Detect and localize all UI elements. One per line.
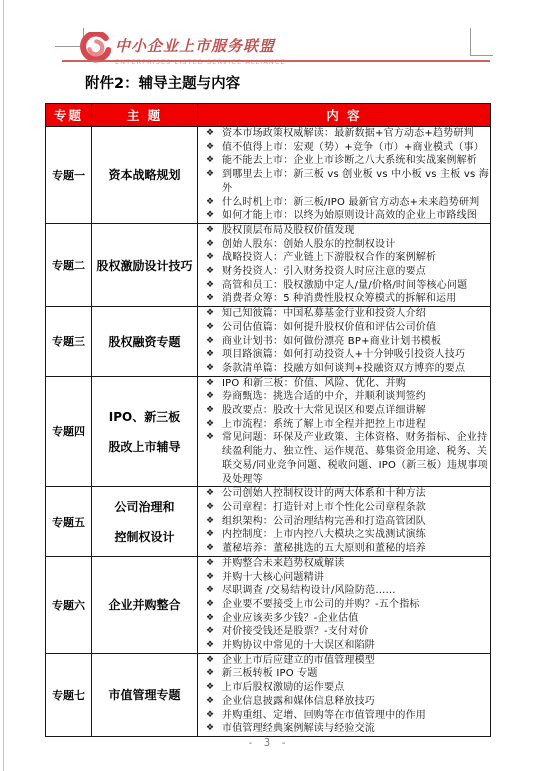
- content-item-text: 尽职调查 /交易结构设计/风险防范……: [222, 584, 490, 598]
- content-item-text: 券商甄选：挑选合适的中介，并顺利谈判签约: [222, 390, 490, 404]
- content-item: ❖新三板转板 IPO 专题: [198, 667, 490, 681]
- content-item: ❖IPO 和新三板：价值、风险、优化、并购: [198, 377, 490, 391]
- content-item-text: 什么时机上市：新三板/IPO 最新官方动态+未来趋势研判: [222, 196, 490, 210]
- content-item-text: 如何才能上市：以终为始原则设计高效的企业上市路线图: [222, 209, 490, 223]
- crop-mark-top-right: [470, 28, 493, 56]
- table-row: 专题七 市值管理专题 ❖企业上市后应建立的市值管理模型❖新三板转板 IPO 专题…: [46, 653, 491, 736]
- theme-cell: 企业并购整合: [92, 556, 198, 653]
- content-item: ❖组织架构：公司治理结构完善和打造高管团队: [198, 515, 490, 529]
- diamond-bullet-icon: ❖: [198, 695, 222, 709]
- diamond-bullet-icon: ❖: [198, 348, 222, 362]
- content-item-text: 股权顶层布局及股权价值发现: [222, 224, 490, 238]
- diamond-bullet-icon: ❖: [198, 292, 222, 306]
- content-item: ❖上市后股权激励的运作要点: [198, 681, 490, 695]
- topic-cell: 专题一: [46, 127, 92, 224]
- content-item-text: 创始人股东：创始人股东的控制权设计: [222, 238, 490, 252]
- diamond-bullet-icon: ❖: [198, 431, 222, 445]
- diamond-bullet-icon: ❖: [198, 639, 222, 653]
- content-item: ❖券商甄选：挑选合适的中介，并顺利谈判签约: [198, 390, 490, 404]
- diamond-bullet-icon: ❖: [198, 224, 222, 238]
- content-item-text: 新三板转板 IPO 专题: [222, 667, 490, 681]
- content-item: ❖知己知彼篇：中国私募基金行业和投资人介绍: [198, 307, 490, 321]
- content-item: ❖企业上市后应建立的市值管理模型: [198, 654, 490, 668]
- topic-cell: 专题三: [46, 307, 92, 377]
- diamond-bullet-icon: ❖: [198, 127, 222, 141]
- content-item-text: 股改要点：股改十大常见误区和要点详细讲解: [222, 404, 490, 418]
- content-item-text: 公司估值篇：如何提升股权价值和评估公司价值: [222, 321, 490, 335]
- diamond-bullet-icon: ❖: [198, 209, 222, 223]
- diamond-bullet-icon: ❖: [198, 722, 222, 736]
- content-item: ❖尽职调查 /交易结构设计/风险防范……: [198, 584, 490, 598]
- diamond-bullet-icon: ❖: [198, 362, 222, 376]
- content-item-text: 并购重组、定增、回购等在市值管理中的作用: [222, 709, 490, 723]
- content-cell: ❖资本市场政策权威解读：最新数据+官方动态+趋势研判❖值不值得上市：宏观（势）+…: [198, 127, 491, 224]
- content-item-text: 项目路演篇：如何打动投资人+十分钟吸引投资人技巧: [222, 348, 490, 362]
- topic-cell: 专题六: [46, 556, 92, 653]
- topic-cell: 专题四: [46, 376, 92, 487]
- theme-text: 公司治理和: [92, 498, 197, 515]
- content-item: ❖并购整合未来趋势权威解读: [198, 557, 490, 571]
- diamond-bullet-icon: ❖: [198, 681, 222, 695]
- topic-cell: 专题五: [46, 487, 92, 557]
- content-item: ❖项目路演篇：如何打动投资人+十分钟吸引投资人技巧: [198, 348, 490, 362]
- content-item: ❖条款清单篇：投融方如何谈判+投融资双方博弈的要点: [198, 362, 490, 376]
- content-item: ❖并购协议中常见的十大误区和陷阱: [198, 639, 490, 653]
- content-item: ❖内控制度：上市内控八大模块之实战测试演练: [198, 528, 490, 542]
- diamond-bullet-icon: ❖: [198, 528, 222, 542]
- diamond-bullet-icon: ❖: [198, 196, 222, 210]
- topics-table: 专题 主 题 内 容 专题一 资本战略规划 ❖资本市场政策权威解读：最新数据+官…: [45, 103, 491, 737]
- diamond-bullet-icon: ❖: [198, 557, 222, 571]
- diamond-bullet-icon: ❖: [198, 335, 222, 349]
- content-item: ❖公司创始人控制权设计的两大体系和十种方法: [198, 487, 490, 501]
- content-item: ❖并购十大核心问题精讲: [198, 571, 490, 585]
- content-item-text: 财务投资人：引入财务投资人时应注意的要点: [222, 265, 490, 279]
- diamond-bullet-icon: ❖: [198, 377, 222, 391]
- diamond-bullet-icon: ❖: [198, 709, 222, 723]
- content-item: ❖到哪里去上市：新三板 vs 创业板 vs 中小板 vs 主板 vs 海外: [198, 168, 490, 195]
- col-header-theme: 主 题: [92, 104, 198, 127]
- theme-text: IPO、新三板: [92, 408, 197, 425]
- diamond-bullet-icon: ❖: [198, 654, 222, 668]
- diamond-bullet-icon: ❖: [198, 584, 222, 598]
- content-item: ❖创始人股东：创始人股东的控制权设计: [198, 238, 490, 252]
- diamond-bullet-icon: ❖: [198, 667, 222, 681]
- content-item-text: 值不值得上市：宏观（势）+竞争（市）+商业模式（事）: [222, 141, 490, 155]
- page-edge-line: [3, 0, 4, 771]
- theme-cell: 资本战略规划: [92, 127, 198, 224]
- content-item-text: 商业计划书：如何做份漂亮 BP+商业计划书模板: [222, 335, 490, 349]
- theme-cell: 股权融资专题: [92, 307, 198, 377]
- content-item-text: 企业信息披露和媒体信息释放技巧: [222, 695, 490, 709]
- content-item-text: 内控制度：上市内控八大模块之实战测试演练: [222, 528, 490, 542]
- theme-text: 控制权设计: [92, 528, 197, 545]
- content-item: ❖能不能去上市：企业上市诊断之八大系统和实战案例解析: [198, 154, 490, 168]
- content-item-text: 公司创始人控制权设计的两大体系和十种方法: [222, 487, 490, 501]
- content-item-text: 企业要不要接受上市公司的并购？-五个指标: [222, 598, 490, 612]
- table-row: 专题一 资本战略规划 ❖资本市场政策权威解读：最新数据+官方动态+趋势研判❖值不…: [46, 127, 491, 224]
- content-item-text: 公司章程：打造针对上市个性化公司章程条款: [222, 501, 490, 515]
- content-item-text: 董秘培养：董秘挑选的五大原则和董秘的培养: [222, 542, 490, 556]
- theme-text: 资本战略规划: [92, 166, 197, 183]
- content-item-text: 并购协议中常见的十大误区和陷阱: [222, 639, 490, 653]
- content-item-text: 企业上市后应建立的市值管理模型: [222, 654, 490, 668]
- diamond-bullet-icon: ❖: [198, 390, 222, 404]
- diamond-bullet-icon: ❖: [198, 154, 222, 168]
- content-item-text: 并购十大核心问题精讲: [222, 571, 490, 585]
- content-item-text: 高管和员工：股权激励中定人/量/价格/时间等核心问题: [222, 279, 490, 293]
- content-item: ❖常见问题：环保及产业政策、主体资格、财务指标、企业持续盈利能力、独立性、运作规…: [198, 431, 490, 486]
- diamond-bullet-icon: ❖: [198, 168, 222, 182]
- content-cell: ❖公司创始人控制权设计的两大体系和十种方法❖公司章程：打造针对上市个性化公司章程…: [198, 487, 491, 557]
- swirl-logo-icon: [80, 32, 111, 63]
- diamond-bullet-icon: ❖: [198, 404, 222, 418]
- page-title: 附件2：辅导主题与内容: [85, 72, 240, 93]
- content-item-text: 上市流程：系统了解上市全程并把控上市进程: [222, 418, 490, 432]
- content-item: ❖上市流程：系统了解上市全程并把控上市进程: [198, 418, 490, 432]
- diamond-bullet-icon: ❖: [198, 625, 222, 639]
- content-item-text: 市值管理经典案例解读与经验交流: [222, 722, 490, 736]
- content-item-text: 战略投资人：产业链上下游股权合作的案例解析: [222, 251, 490, 265]
- content-item: ❖企业信息披露和媒体信息释放技巧: [198, 695, 490, 709]
- content-item: ❖股权顶层布局及股权价值发现: [198, 224, 490, 238]
- table-row: 专题六 企业并购整合 ❖并购整合未来趋势权威解读❖并购十大核心问题精讲❖尽职调查…: [46, 556, 491, 653]
- diamond-bullet-icon: ❖: [198, 571, 222, 585]
- theme-text: 企业并购整合: [92, 596, 197, 613]
- content-item: ❖公司章程：打造针对上市个性化公司章程条款: [198, 501, 490, 515]
- diamond-bullet-icon: ❖: [198, 515, 222, 529]
- content-item-text: 能不能去上市：企业上市诊断之八大系统和实战案例解析: [222, 154, 490, 168]
- diamond-bullet-icon: ❖: [198, 612, 222, 626]
- content-item: ❖商业计划书：如何做份漂亮 BP+商业计划书模板: [198, 335, 490, 349]
- content-item: ❖如何才能上市：以终为始原则设计高效的企业上市路线图: [198, 209, 490, 223]
- theme-cell: 市值管理专题: [92, 653, 198, 736]
- diamond-bullet-icon: ❖: [198, 238, 222, 252]
- content-item: ❖战略投资人：产业链上下游股权合作的案例解析: [198, 251, 490, 265]
- table-row: 专题二 股权激励设计技巧 ❖股权顶层布局及股权价值发现❖创始人股东：创始人股东的…: [46, 223, 491, 306]
- content-item: ❖什么时机上市：新三板/IPO 最新官方动态+未来趋势研判: [198, 196, 490, 210]
- diamond-bullet-icon: ❖: [198, 487, 222, 501]
- table-row: 专题五 公司治理和控制权设计 ❖公司创始人控制权设计的两大体系和十种方法❖公司章…: [46, 487, 491, 557]
- content-item-text: 消费者众筹：5 种消费性股权众筹模式的拆解和运用: [222, 292, 490, 306]
- diamond-bullet-icon: ❖: [198, 141, 222, 155]
- content-item-text: 对价接受钱还是股票？-支付对价: [222, 625, 490, 639]
- table-row: 专题四 IPO、新三板股改上市辅导 ❖IPO 和新三板：价值、风险、优化、并购❖…: [46, 376, 491, 487]
- content-item-text: 并购整合未来趋势权威解读: [222, 557, 490, 571]
- theme-text: 股权融资专题: [92, 333, 197, 350]
- content-item: ❖值不值得上市：宏观（势）+竞争（市）+商业模式（事）: [198, 141, 490, 155]
- content-item: ❖并购重组、定增、回购等在市值管理中的作用: [198, 709, 490, 723]
- content-item: ❖消费者众筹：5 种消费性股权众筹模式的拆解和运用: [198, 292, 490, 306]
- table-header-row: 专题 主 题 内 容: [46, 104, 491, 127]
- theme-text: 股改上市辅导: [92, 438, 197, 455]
- table-row: 专题三 股权融资专题 ❖知己知彼篇：中国私募基金行业和投资人介绍❖公司估值篇：如…: [46, 307, 491, 377]
- col-header-content: 内 容: [198, 104, 491, 127]
- theme-text: 市值管理专题: [92, 686, 197, 703]
- content-item: ❖企业要不要接受上市公司的并购？-五个指标: [198, 598, 490, 612]
- diamond-bullet-icon: ❖: [198, 279, 222, 293]
- content-item: ❖资本市场政策权威解读：最新数据+官方动态+趋势研判: [198, 127, 490, 141]
- diamond-bullet-icon: ❖: [198, 307, 222, 321]
- content-cell: ❖并购整合未来趋势权威解读❖并购十大核心问题精讲❖尽职调查 /交易结构设计/风险…: [198, 556, 491, 653]
- diamond-bullet-icon: ❖: [198, 598, 222, 612]
- logo-name: 中小企业上市服务联盟: [115, 35, 286, 56]
- content-cell: ❖企业上市后应建立的市值管理模型❖新三板转板 IPO 专题❖上市后股权激励的运作…: [198, 653, 491, 736]
- diamond-bullet-icon: ❖: [198, 542, 222, 556]
- diamond-bullet-icon: ❖: [198, 265, 222, 279]
- content-item: ❖董秘培养：董秘挑选的五大原则和董秘的培养: [198, 542, 490, 556]
- theme-cell: 股权激励设计技巧: [92, 223, 198, 306]
- content-item-text: 条款清单篇：投融方如何谈判+投融资双方博弈的要点: [222, 362, 490, 376]
- content-item-text: 到哪里去上市：新三板 vs 创业板 vs 中小板 vs 主板 vs 海外: [222, 168, 490, 195]
- content-item-text: 知己知彼篇：中国私募基金行业和投资人介绍: [222, 307, 490, 321]
- content-item: ❖企业应该卖多少钱？-企业估值: [198, 612, 490, 626]
- diamond-bullet-icon: ❖: [198, 321, 222, 335]
- diamond-bullet-icon: ❖: [198, 418, 222, 432]
- content-item-text: 资本市场政策权威解读：最新数据+官方动态+趋势研判: [222, 127, 490, 141]
- theme-cell: IPO、新三板股改上市辅导: [92, 376, 198, 487]
- content-item: ❖对价接受钱还是股票？-支付对价: [198, 625, 490, 639]
- content-item: ❖财务投资人：引入财务投资人时应注意的要点: [198, 265, 490, 279]
- page-number: - 3 -: [45, 737, 491, 749]
- content-item-text: 企业应该卖多少钱？-企业估值: [222, 612, 490, 626]
- content-item-text: 常见问题：环保及产业政策、主体资格、财务指标、企业持续盈利能力、独立性、运作规范…: [222, 431, 490, 486]
- header-divider-rule: [62, 60, 490, 62]
- topic-cell: 专题二: [46, 223, 92, 306]
- content-cell: ❖IPO 和新三板：价值、风险、优化、并购❖券商甄选：挑选合适的中介，并顺利谈判…: [198, 376, 491, 487]
- content-cell: ❖股权顶层布局及股权价值发现❖创始人股东：创始人股东的控制权设计❖战略投资人：产…: [198, 223, 491, 306]
- content-item: ❖公司估值篇：如何提升股权价值和评估公司价值: [198, 321, 490, 335]
- diamond-bullet-icon: ❖: [198, 251, 222, 265]
- content-item: ❖高管和员工：股权激励中定人/量/价格/时间等核心问题: [198, 279, 490, 293]
- content-item: ❖市值管理经典案例解读与经验交流: [198, 722, 490, 736]
- content-item: ❖股改要点：股改十大常见误区和要点详细讲解: [198, 404, 490, 418]
- theme-text: 股权激励设计技巧: [92, 257, 197, 274]
- content-cell: ❖知己知彼篇：中国私募基金行业和投资人介绍❖公司估值篇：如何提升股权价值和评估公…: [198, 307, 491, 377]
- content-item-text: IPO 和新三板：价值、风险、优化、并购: [222, 377, 490, 391]
- content-item-text: 组织架构：公司治理结构完善和打造高管团队: [222, 515, 490, 529]
- col-header-topic: 专题: [46, 104, 92, 127]
- content-item-text: 上市后股权激励的运作要点: [222, 681, 490, 695]
- theme-cell: 公司治理和控制权设计: [92, 487, 198, 557]
- topic-cell: 专题七: [46, 653, 92, 736]
- diamond-bullet-icon: ❖: [198, 501, 222, 515]
